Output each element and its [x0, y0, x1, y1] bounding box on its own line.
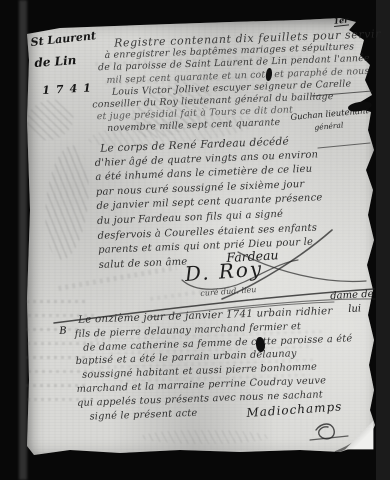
scanned-register-page: St Laurent de Lin 1741 1er B Registre co…: [0, 0, 390, 480]
bleedthrough-mark: [26, 300, 88, 303]
margin-act-mark: B: [59, 325, 67, 336]
ink-smudge: [140, 430, 270, 444]
page-number-mark: 1er: [333, 14, 349, 26]
margin-parish-name2: de Lin: [34, 53, 77, 70]
burial-act-block: Le corps de René Fardeau décédé d'hier â…: [94, 133, 325, 273]
side-note: dame de: [330, 289, 374, 302]
facing-page-edge: [19, 0, 27, 480]
